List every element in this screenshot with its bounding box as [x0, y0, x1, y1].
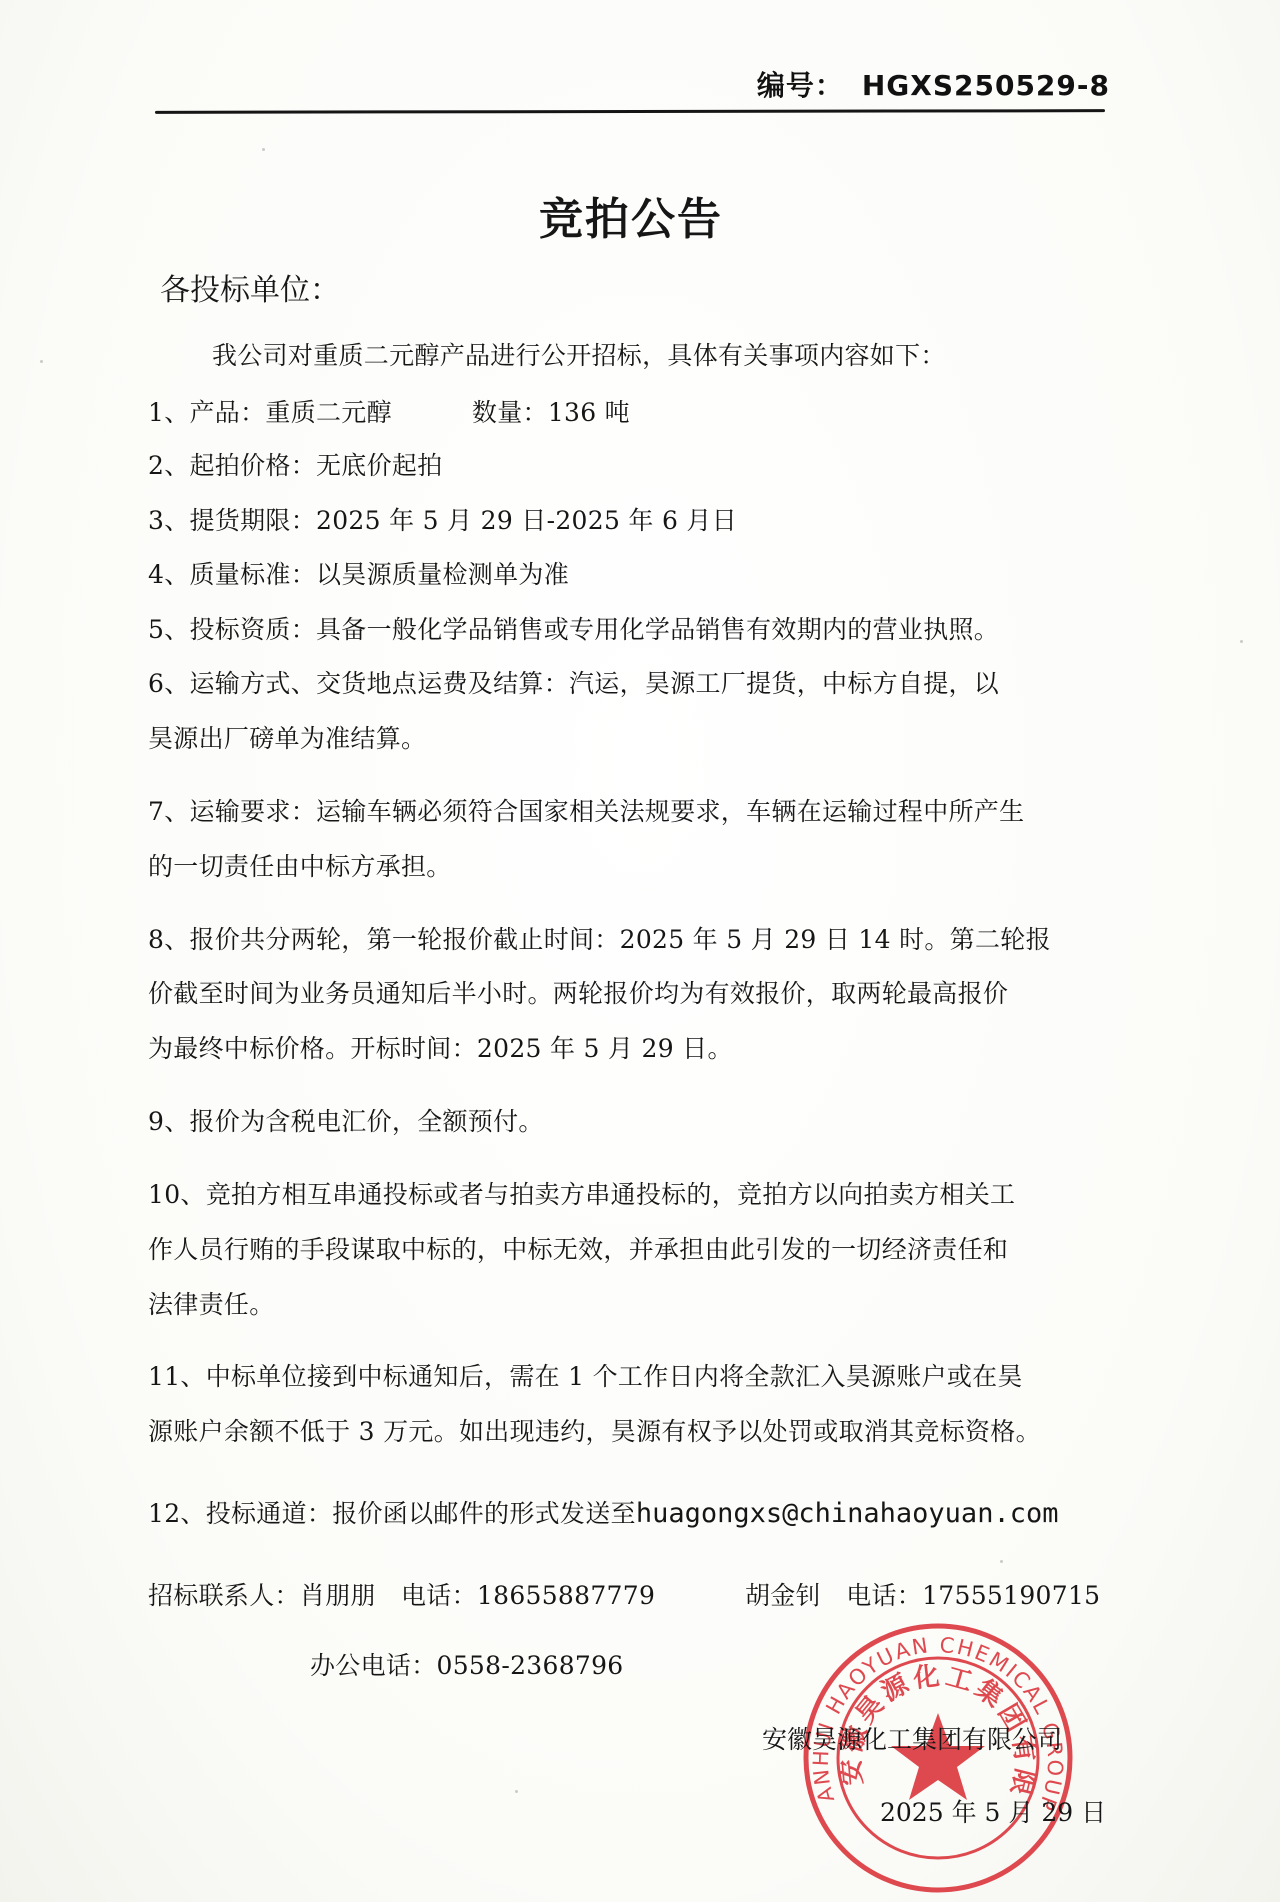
salutation: 各投标单位： [160, 265, 340, 309]
item-7-line-1: 7、运输要求：运输车辆必须符合国家相关法规要求，车辆在运输过程中所产生 [148, 792, 1024, 828]
contact-person-1: 招标联系人：肖朋朋 电话：18655887779 [148, 1576, 655, 1612]
office-phone: 办公电话：0558-2368796 [310, 1646, 624, 1682]
scan-speck [515, 1790, 518, 1793]
item-10-line-3: 法律责任。 [148, 1285, 275, 1321]
intro-paragraph: 我公司对重质二元醇产品进行公开招标，具体有关事项内容如下： [212, 336, 946, 372]
page-title: 竞拍公告 [0, 183, 1262, 247]
document-page: 编号：HGXS250529-8 竞拍公告 各投标单位： 我公司对重质二元醇产品进… [0, 0, 1280, 1902]
item-3: 3、提货期限：2025 年 5 月 29 日-2025 年 6 月日 [148, 501, 737, 537]
scan-speck [262, 148, 265, 151]
signature-date: 2025 年 5 月 29 日 [880, 1793, 1106, 1829]
item-10-line-1: 10、竞拍方相互串通投标或者与拍卖方串通投标的，竞拍方以向拍卖方相关工 [148, 1175, 1015, 1211]
item-2: 2、起拍价格：无底价起拍 [148, 446, 443, 482]
document-number-value: HGXS250529-8 [862, 69, 1110, 102]
item-8-line-1: 8、报价共分两轮，第一轮报价截止时间：2025 年 5 月 29 日 14 时。… [148, 920, 1051, 956]
item-6-line-2: 昊源出厂磅单为准结算。 [148, 719, 426, 755]
item-10-line-2: 作人员行贿的手段谋取中标的，中标无效，并承担由此引发的一切经济责任和 [148, 1230, 1008, 1266]
signature-company: 安徽昊源化工集团有限公司 [762, 1720, 1062, 1756]
item-1: 1、产品：重质二元醇数量：136 吨 [148, 393, 630, 429]
company-seal-stamp: ANHUI HAOYUAN CHEMICAL GROUP CO.,LTD. 安徽… [798, 1618, 1078, 1898]
document-number: 编号：HGXS250529-8 [757, 64, 1110, 104]
item-9: 9、报价为含税电汇价，全额预付。 [148, 1102, 544, 1138]
scan-speck [40, 360, 43, 363]
item-1-product: 1、产品：重质二元醇 [148, 398, 392, 427]
item-11-line-1: 11、中标单位接到中标通知后，需在 1 个工作日内将全款汇入昊源账户或在昊 [148, 1357, 1023, 1393]
scan-speck [1240, 640, 1243, 643]
document-number-label: 编号： [757, 69, 844, 102]
item-8-line-2: 价截至时间为业务员通知后半小时。两轮报价均为有效报价，取两轮最高报价 [148, 974, 1008, 1010]
item-7-line-2: 的一切责任由中标方承担。 [148, 847, 452, 883]
header-divider [155, 109, 1105, 114]
item-12-label: 12、投标通道：报价函以邮件的形式发送至 [148, 1499, 636, 1528]
item-6-line-1: 6、运输方式、交货地点运费及结算：汽运，昊源工厂提货，中标方自提，以 [148, 664, 999, 700]
item-11-line-2: 源账户余额不低于 3 万元。如出现违约，昊源有权予以处罚或取消其竞标资格。 [148, 1412, 1041, 1448]
item-1-quantity: 数量：136 吨 [472, 398, 630, 427]
item-12: 12、投标通道：报价函以邮件的形式发送至huagongxs@chinahaoyu… [148, 1494, 1058, 1530]
item-4: 4、质量标准：以昊源质量检测单为准 [148, 555, 569, 591]
bid-email-link[interactable]: huagongxs@chinahaoyuan.com [636, 1498, 1059, 1529]
item-5: 5、投标资质：具备一般化学品销售或专用化学品销售有效期内的营业执照。 [148, 610, 999, 646]
contact-person-2: 胡金钊 电话：17555190715 [745, 1576, 1100, 1612]
scan-speck [1000, 1560, 1003, 1563]
item-8-line-3: 为最终中标价格。开标时间：2025 年 5 月 29 日。 [148, 1029, 733, 1065]
